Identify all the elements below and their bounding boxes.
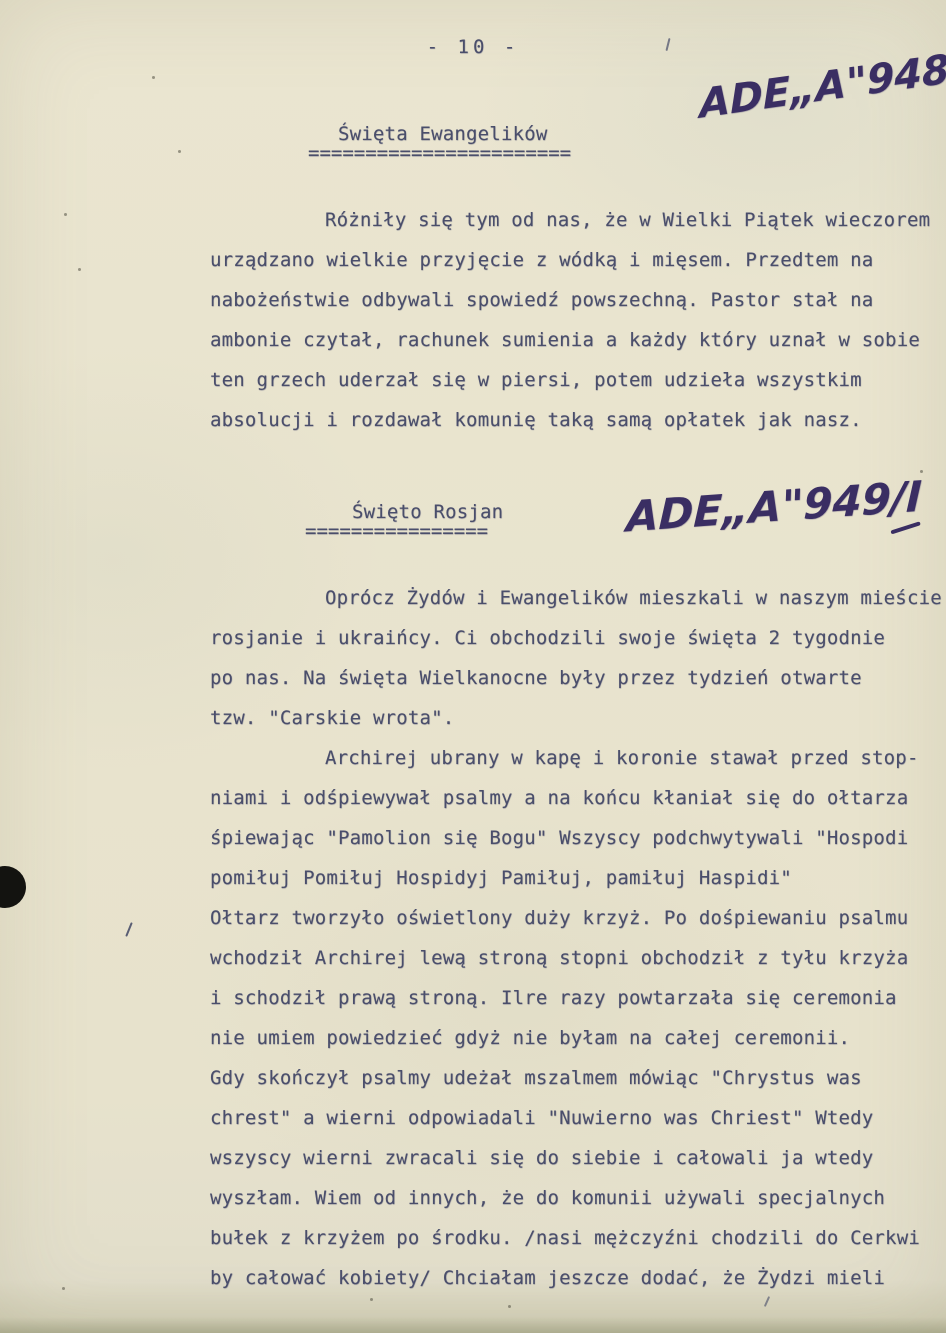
text-line: nie umiem powiedzieć gdyż nie byłam na c… (210, 1018, 920, 1058)
annotation-underline-mark (891, 521, 921, 534)
hole-punch-mark (0, 866, 26, 908)
text-line: wyszłam. Wiem od innych, że do komunii u… (210, 1178, 920, 1218)
text-line: chrest" a wierni odpowiadali "Nuwierno w… (210, 1098, 920, 1138)
text-line: Gdy skończył psalmy udeżał mszalmem mówi… (210, 1058, 920, 1098)
text-line: nabożeństwie odbywali spowiedź powszechn… (210, 280, 930, 320)
paragraph: Oprócz Żydów i Ewangelików mieszkali w n… (210, 578, 942, 738)
stray-pen-mark (125, 922, 132, 937)
paragraph: Archirej ubrany w kapę i koronie stawał … (210, 738, 920, 1298)
page-number: - 10 - (0, 36, 946, 58)
text-line: niami i odśpiewywał psalmy a na końcu kł… (210, 778, 920, 818)
paper-speck (64, 213, 67, 216)
text-line: urządzano wielkie przyjęcie z wódką i mi… (210, 240, 930, 280)
text-line: ambonie czytał, rachunek sumienia a każd… (210, 320, 930, 360)
scanned-document-page: - 10 - ADE„A"948/I Święta Ewangelików ==… (0, 0, 946, 1333)
annotation-text: ADE„A"949/I (626, 472, 923, 542)
text-line: tzw. "Carskie wrota". (210, 698, 942, 738)
text-line: Różniły się tym od nas, że w Wielki Piąt… (210, 200, 930, 240)
text-line: śpiewając "Pamolion się Bogu" Wszyscy po… (210, 818, 920, 858)
text-line: absolucji i rozdawał komunię taką samą o… (210, 400, 930, 440)
text-line: Archirej ubrany w kapę i koronie stawał … (210, 738, 920, 778)
text-line: ten grzech uderzał się w piersi, potem u… (210, 360, 930, 400)
paragraph: Różniły się tym od nas, że w Wielki Piąt… (210, 200, 930, 440)
text-line: wszyscy wierni zwracali się do siebie i … (210, 1138, 920, 1178)
text-line: Ołtarz tworzyło oświetlony duży krzyż. P… (210, 898, 920, 938)
text-line: Oprócz Żydów i Ewangelików mieszkali w n… (210, 578, 942, 618)
paper-speck (152, 76, 155, 79)
section-heading-underline: ======================= (308, 142, 571, 164)
text-line: bułek z krzyżem po środku. /nasi mężczyź… (210, 1218, 920, 1258)
paper-speck (920, 470, 923, 473)
text-line: i schodził prawą stroną. Ilre razy powta… (210, 978, 920, 1018)
paper-speck (508, 1305, 511, 1308)
text-line: po nas. Na święta Wielkanocne były przez… (210, 658, 942, 698)
text-line: rosjanie i ukraińcy. Ci obchodzili swoje… (210, 618, 942, 658)
section-heading-underline: ================ (305, 520, 488, 542)
text-line: pomiłuj Pomiłuj Hospidyj Pamiłuj, pamiłu… (210, 858, 920, 898)
archive-reference-annotation: ADE„A"949/I (626, 472, 923, 542)
paper-speck (62, 1287, 65, 1290)
paper-speck (370, 1298, 373, 1301)
paper-speck (178, 150, 181, 153)
paper-speck (78, 268, 81, 271)
text-line: wchodził Archirej lewą stroną stopni obc… (210, 938, 920, 978)
scan-edge-shadow (0, 1317, 946, 1333)
text-line: by całować kobiety/ Chciałam jeszcze dod… (210, 1258, 920, 1298)
